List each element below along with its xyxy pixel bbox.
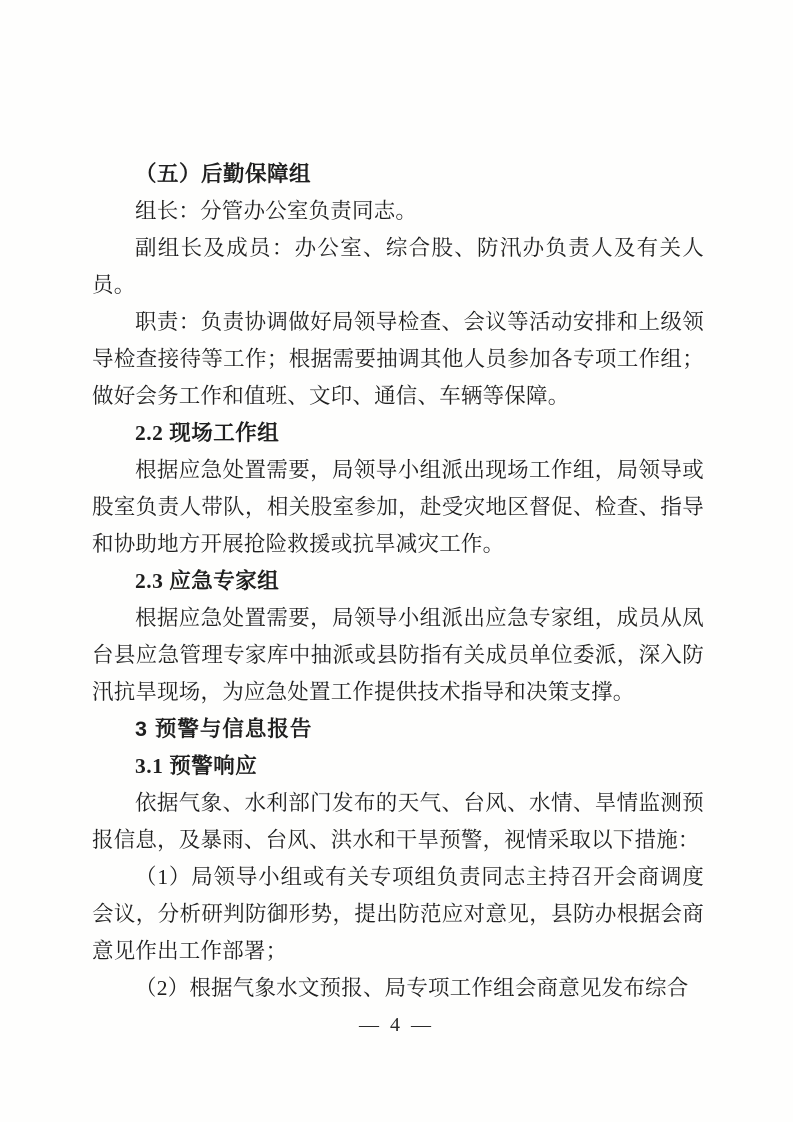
para-logistics-duties: 职责：负责协调做好局领导检查、会议等活动安排和上级领导检查接待等工作；根据需要抽… [92, 304, 704, 415]
para-measure-2: （2）根据气象水文预报、局专项工作组会商意见发布综合 [92, 970, 704, 1007]
heading-2-3-emergency-expert-group: 2.3 应急专家组 [92, 563, 704, 600]
para-group-leader: 组长：分管办公室负责同志。 [92, 193, 704, 230]
para-warning-basis: 依据气象、水利部门发布的天气、台风、水情、旱情监测预报信息，及暴雨、台风、洪水和… [92, 785, 704, 859]
para-field-work-group: 根据应急处置需要，局领导小组派出现场工作组，局领导或股室负责人带队，相关股室参加… [92, 452, 704, 563]
para-emergency-expert-group: 根据应急处置需要，局领导小组派出应急专家组，成员从凤台县应急管理专家库中抽派或县… [92, 600, 704, 711]
para-measure-1: （1）局领导小组或有关专项组负责同志主持召开会商调度会议，分析研判防御形势，提出… [92, 859, 704, 970]
heading-3-1-warning-response: 3.1 预警响应 [92, 748, 704, 785]
heading-2-2-field-work-group: 2.2 现场工作组 [92, 415, 704, 452]
heading-logistics-support-group: （五）后勤保障组 [92, 156, 704, 193]
heading-3-warning-and-info-report: 3 预警与信息报告 [92, 711, 704, 748]
para-deputy-leader-and-members: 副组长及成员：办公室、综合股、防汛办负责人及有关人员。 [92, 230, 704, 304]
document-body: （五）后勤保障组 组长：分管办公室负责同志。 副组长及成员：办公室、综合股、防汛… [92, 156, 704, 1007]
scanned-document-page: （五）后勤保障组 组长：分管办公室负责同志。 副组长及成员：办公室、综合股、防汛… [0, 0, 793, 1122]
page-number-footer: — 4 — [0, 1014, 793, 1037]
